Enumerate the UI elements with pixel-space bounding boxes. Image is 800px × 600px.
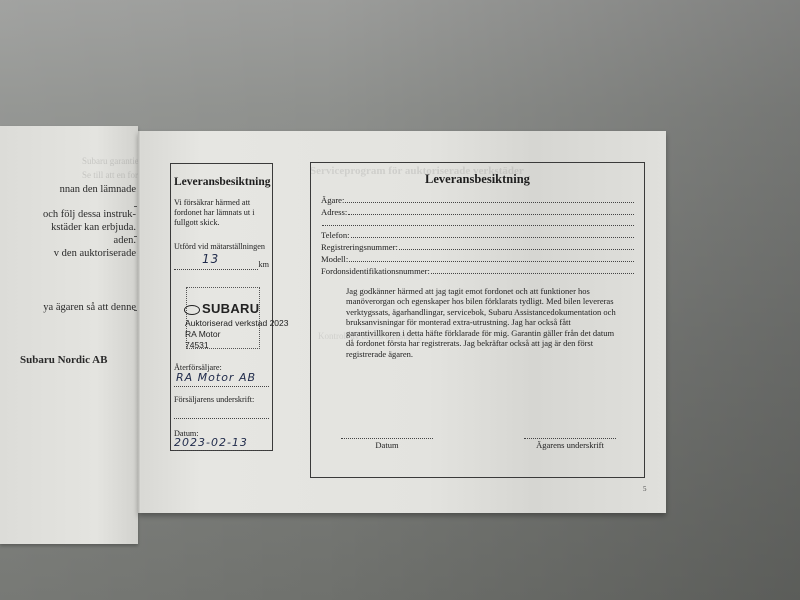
owner-signature-field[interactable]: Ägarens underskrift [524,438,616,450]
left-page: Subaru garantier gälle Se till att en fo… [0,126,138,544]
signature-row: Datum Ägarens underskrift [311,438,644,462]
mileage-unit: km [259,260,269,270]
dealer-value: RA Motor AB [176,371,256,384]
left-page-text-line: kstäder kan erbjuda. [0,222,136,233]
tick-mark [134,236,137,237]
mileage-field[interactable]: 13 [174,255,258,270]
left-page-signature: Subaru Nordic AB [20,354,107,366]
stamp-line: RA Motor [185,329,220,339]
dealer-stamp: SUBARU Auktoriserad verkstad 2023 RA Mot… [186,287,260,349]
dealer-field[interactable]: RA Motor AB [174,372,269,387]
registration-number-field[interactable]: Registreringsnummer: [321,240,634,252]
booklet-spine [138,131,141,513]
owner-statement: Jag godkänner härmed att jag tagit emot … [346,286,624,360]
owner-signature-label: Ägarens underskrift [536,440,604,450]
left-page-text-line: v den auktoriserade [0,248,136,259]
dealer-delivery-form: Leveransbesiktning Vi försäkrar härmed a… [170,163,273,451]
tick-mark [134,310,137,311]
seller-signature-field[interactable] [174,408,269,419]
seller-signature-label: Försäljarens underskrift: [174,395,254,405]
left-page-text-line: aden. [0,235,136,246]
owner-field[interactable]: Ägare: [321,193,634,205]
owner-form-title: Leveransbesiktning [311,172,644,187]
stamp-line: Auktoriserad verkstad 2023 [185,318,288,328]
left-page-text-line: och följ dessa instruk- [0,209,136,220]
owner-delivery-form: Leveransbesiktning Ägare: Adress: Telefo… [310,162,645,478]
date-value: 2023-02-13 [174,436,248,449]
dealer-form-title: Leveransbesiktning [174,176,269,188]
subaru-oval-icon [184,305,200,315]
dealer-form-intro: Vi försäkrar härmed att fordonet har läm… [174,198,269,228]
signature-date-label: Datum [375,440,398,450]
mileage-value: 13 [202,252,219,266]
address-field[interactable]: Adress: [321,205,634,217]
page-number: 5 [643,485,647,493]
stamp-line: 74531 [185,340,209,350]
tick-mark [134,206,137,207]
phone-field[interactable]: Telefon: [321,228,634,240]
left-page-text-line: nnan den lämnade [0,184,136,195]
subaru-logo: SUBARU [184,301,259,316]
date-field[interactable]: 2023-02-13 [174,437,269,451]
vin-field[interactable]: Fordonsidentifikationsnummer: [321,264,634,276]
mileage-row: 13 km [174,252,269,270]
model-field[interactable]: Modell: [321,252,634,264]
address-line-2-field[interactable] [321,217,634,229]
right-page: Serviceprogram för auktoriserade verkstä… [138,131,666,513]
mileage-label: Utförd vid mätarställningen [174,242,269,252]
signature-date-field[interactable]: Datum [341,438,433,450]
left-page-text-line: ya ägaren så att denne [0,302,136,313]
